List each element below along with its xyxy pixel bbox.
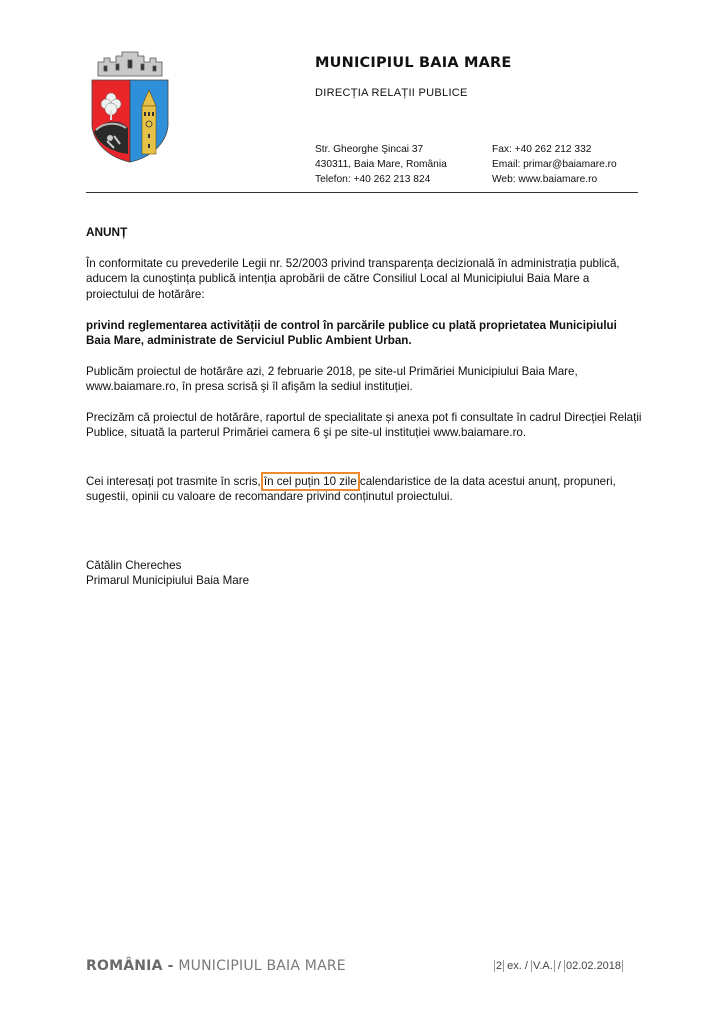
highlighted-deadline: în cel puțin 10 zile [264,475,357,488]
address-block: Str. Gheorghe Şincai 37 430311, Baia Mar… [315,142,447,187]
paragraph-project-subject: privind reglementarea activității de con… [86,318,642,349]
address-phone: Telefon: +40 262 213 824 [315,172,447,187]
paragraph-legal-basis: În conformitate cu prevederile Legii nr.… [86,256,642,302]
footer-reference: 2 ex. / V.A. / 02.02.2018 [494,960,623,972]
contact-web: Web: www.baiamare.ro [492,172,617,187]
footer-date: 02.02.2018 [564,960,623,972]
footer-municipality: MUNICIPIUL BAIA MARE [174,958,346,974]
footer-country: ROMÂNIA - [86,958,174,974]
paragraph-submissions: Cei interesați pot trasmite în scris, în… [86,474,642,505]
submissions-text-before: Cei interesați pot trasmite în scris, [86,475,261,488]
footer-separator: / [555,960,564,972]
signatory-role: Primarul Municipiului Baia Mare [86,573,249,588]
contact-fax: Fax: +40 262 212 332 [492,142,617,157]
address-city: 430311, Baia Mare, România [315,157,447,172]
footer-copies-label: ex. / [504,960,531,972]
coat-of-arms-logo [80,36,180,166]
footer-initials: V.A. [531,960,555,972]
document-title: ANUNȚ [86,225,127,240]
paragraph-consultation: Precizăm că proiectul de hotărâre, rapor… [86,410,642,441]
organization-name: MUNICIPIUL BAIA MARE [315,55,512,71]
department-name: DIRECȚIA RELAȚII PUBLICE [315,87,468,99]
signatory-name: Cătălin Chereches [86,558,249,573]
footer-brand: ROMÂNIA - MUNICIPIUL BAIA MARE [86,958,346,974]
address-street: Str. Gheorghe Şincai 37 [315,142,447,157]
header-divider [86,192,638,193]
footer-copies: 2 [494,960,504,972]
signature-block: Cătălin Chereches Primarul Municipiului … [86,558,249,589]
paragraph-publication: Publicăm proiectul de hotărâre azi, 2 fe… [86,364,642,395]
contact-email: Email: primar@baiamare.ro [492,157,617,172]
contact-block: Fax: +40 262 212 332 Email: primar@baiam… [492,142,617,187]
